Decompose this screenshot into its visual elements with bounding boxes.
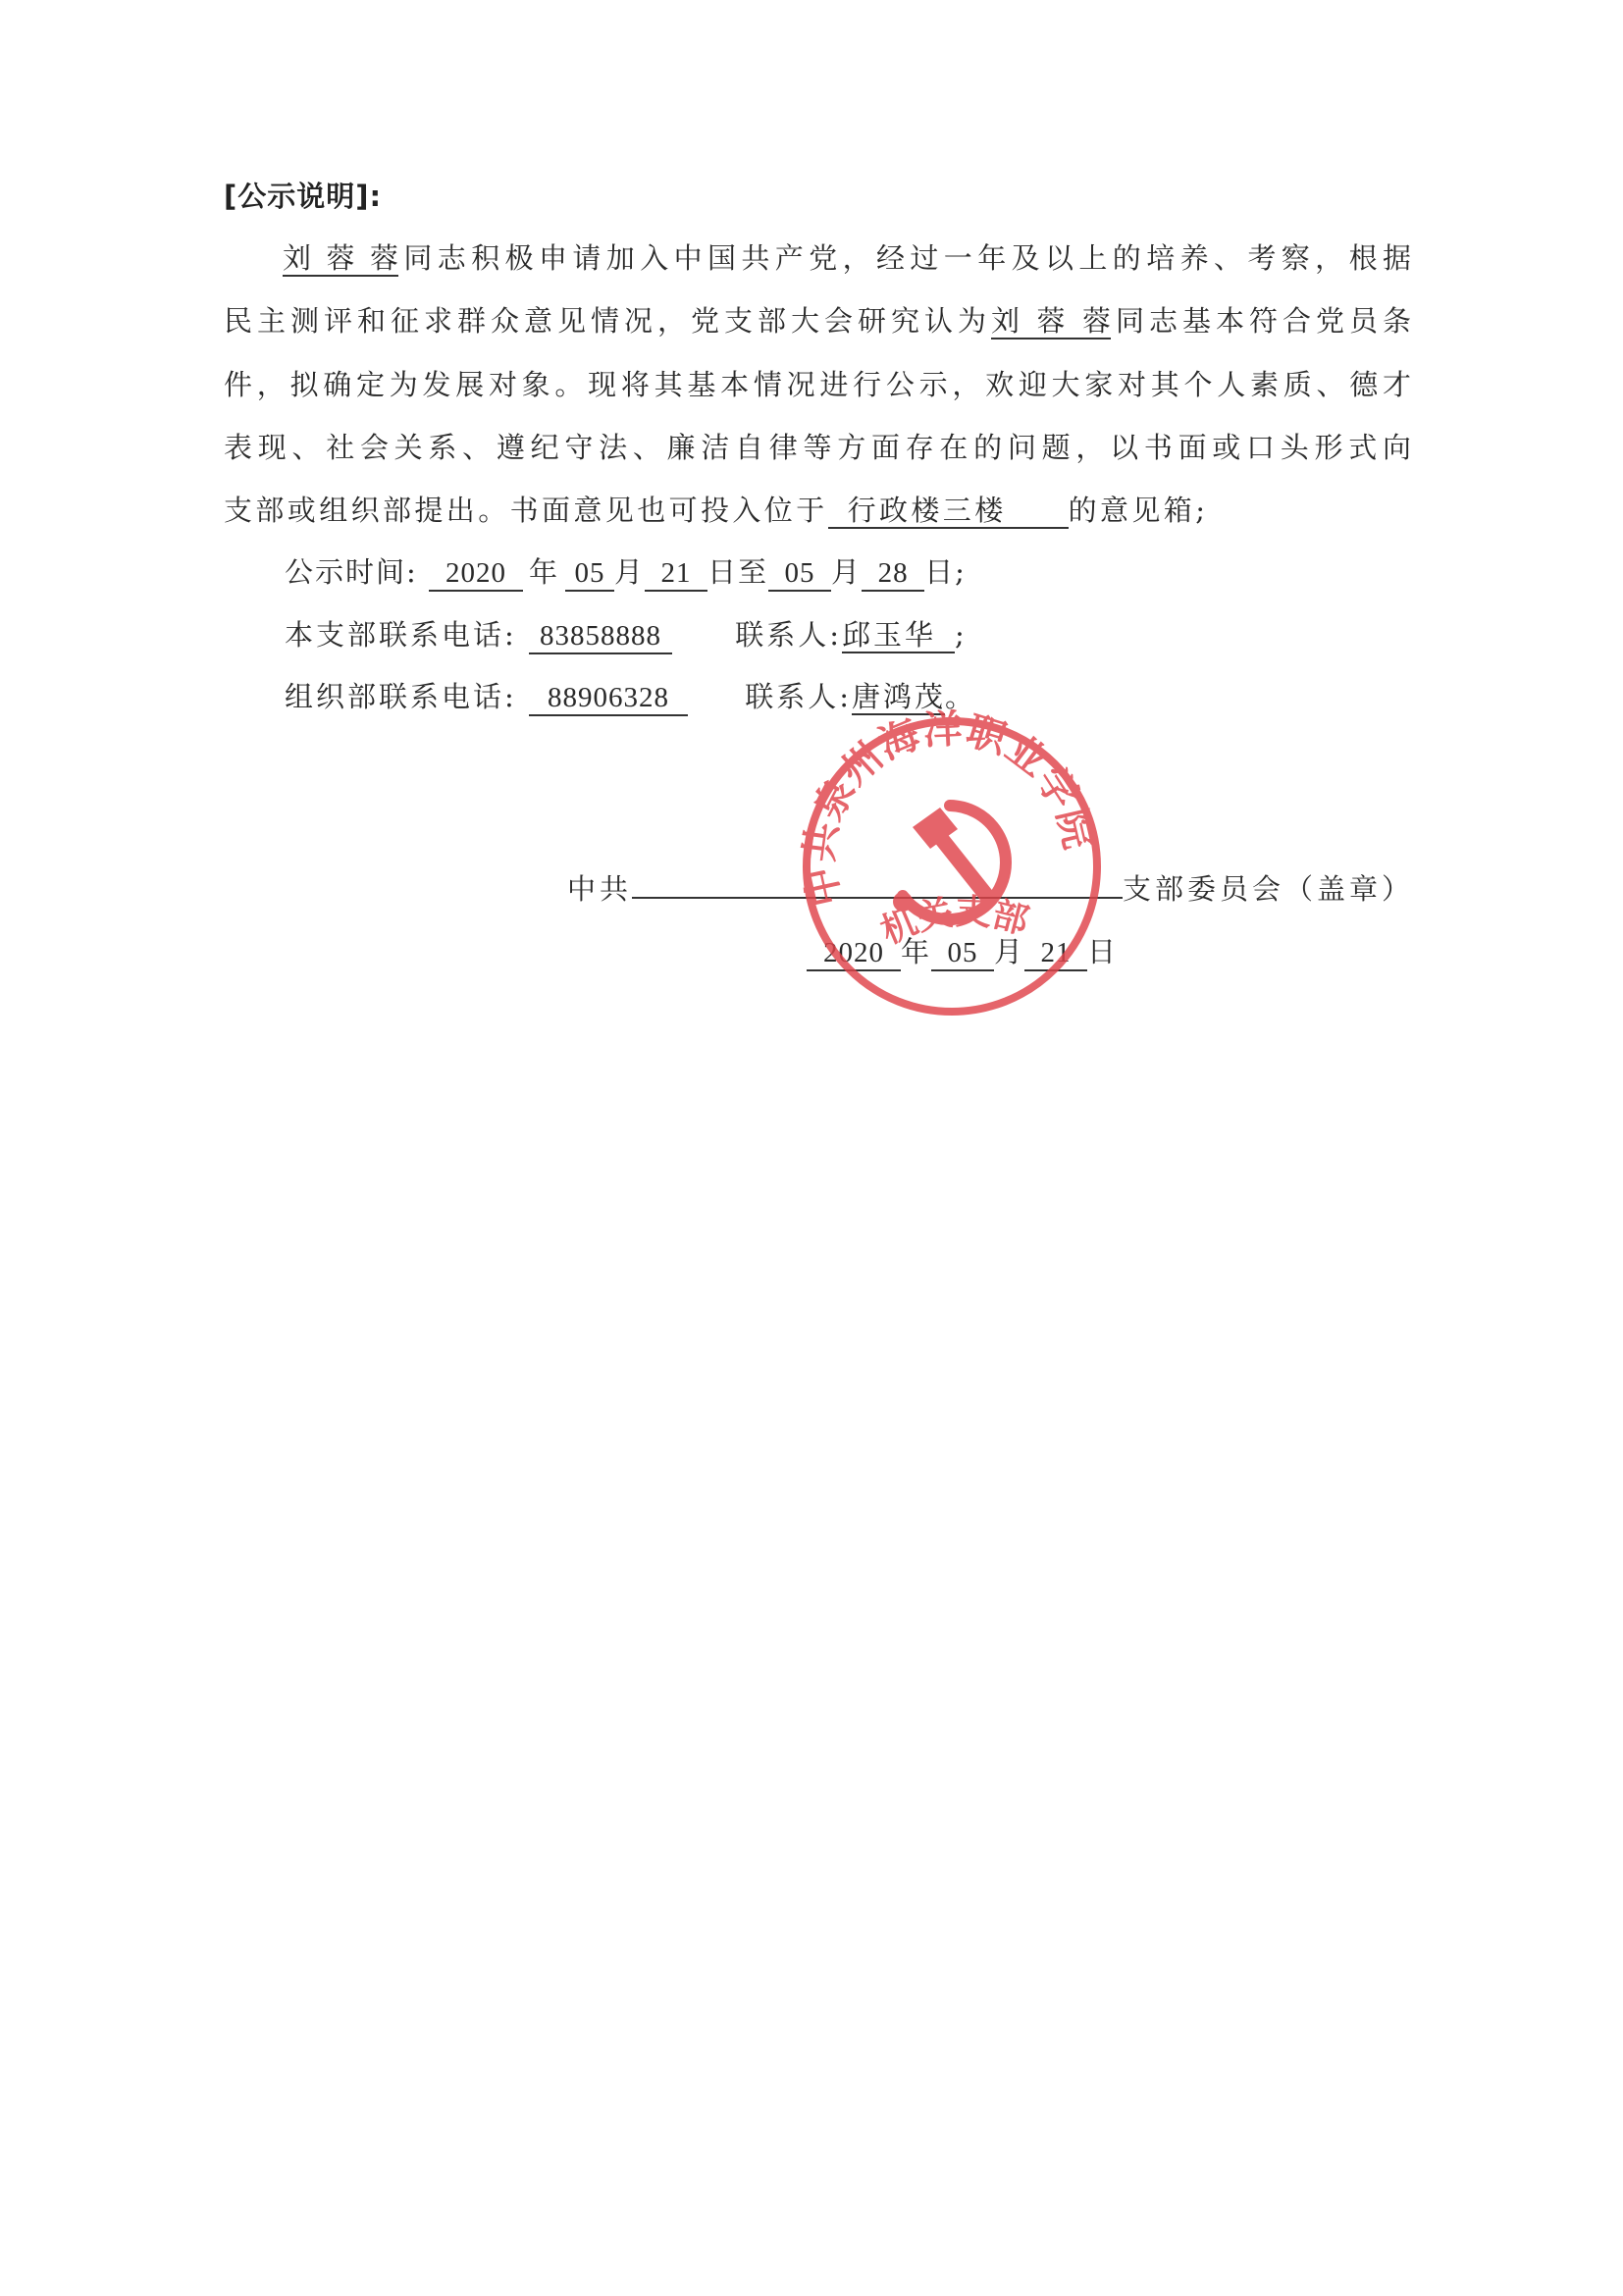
period-end-month: 05 <box>768 556 831 592</box>
para-line-3: 件，拟确定为发展对象。现将其基本情况进行公示，欢迎大家对其个人素质、德才 <box>224 365 1411 404</box>
nominee-name-field-2: 刘蓉蓉 <box>991 304 1111 339</box>
period-end-day: 28 <box>862 556 924 592</box>
period-start-day: 21 <box>645 556 707 592</box>
org-phone: 88906328 <box>529 681 688 716</box>
branch-name-field <box>632 897 1123 899</box>
seal-bottom-text: 机关支部委员会 <box>795 709 1032 953</box>
nominee-name-field: 刘蓉蓉 <box>283 241 398 277</box>
branch-phone: 83858888 <box>529 619 672 654</box>
period-start-month: 05 <box>565 556 614 592</box>
sign-year: 2020 <box>807 936 901 971</box>
period-start-year: 2020 <box>429 556 523 592</box>
sign-day: 21 <box>1024 936 1087 971</box>
branch-contact-person: 邱玉华 <box>842 618 955 653</box>
para-line-1: 刘蓉蓉同志积极申请加入中国共产党，经过一年及以上的培养、考察，根据 <box>283 238 1411 278</box>
signature-date: 2020年05月21日 <box>807 932 1118 971</box>
party-branch-seal: 中共泉州海洋职业学院 机关支部委员会 <box>795 709 1109 1023</box>
para-line-4: 表现、社会关系、遵纪守法、廉洁自律等方面存在的问题，以书面或口头形式向 <box>224 428 1411 467</box>
branch-contact: 本支部联系电话: 83858888 联系人:邱玉华; <box>285 615 1472 654</box>
notice-page: [公示说明]: 刘蓉蓉同志积极申请加入中国共产党，经过一年及以上的培养、考察，根… <box>0 0 1623 2296</box>
signature-line: 中共支部委员会（盖章） <box>567 869 1414 909</box>
org-contact: 组织部联系电话: 88906328 联系人:唐鸿茂。 <box>285 677 1472 716</box>
sign-month: 05 <box>931 936 994 971</box>
opinion-box-location: 行政楼三楼 <box>828 494 1069 529</box>
para-line-5: 支部或组织部提出。书面意见也可投入位于行政楼三楼的意见箱; <box>224 491 1411 530</box>
publicity-period: 公示时间: 2020年05月21日至05月28日; <box>285 552 1472 592</box>
org-contact-person: 唐鸿茂 <box>852 680 945 715</box>
notice-heading: [公示说明]: <box>224 175 382 215</box>
para-line-2: 民主测评和征求群众意见情况，党支部大会研究认为刘蓉蓉同志基本符合党员条 <box>224 301 1411 340</box>
